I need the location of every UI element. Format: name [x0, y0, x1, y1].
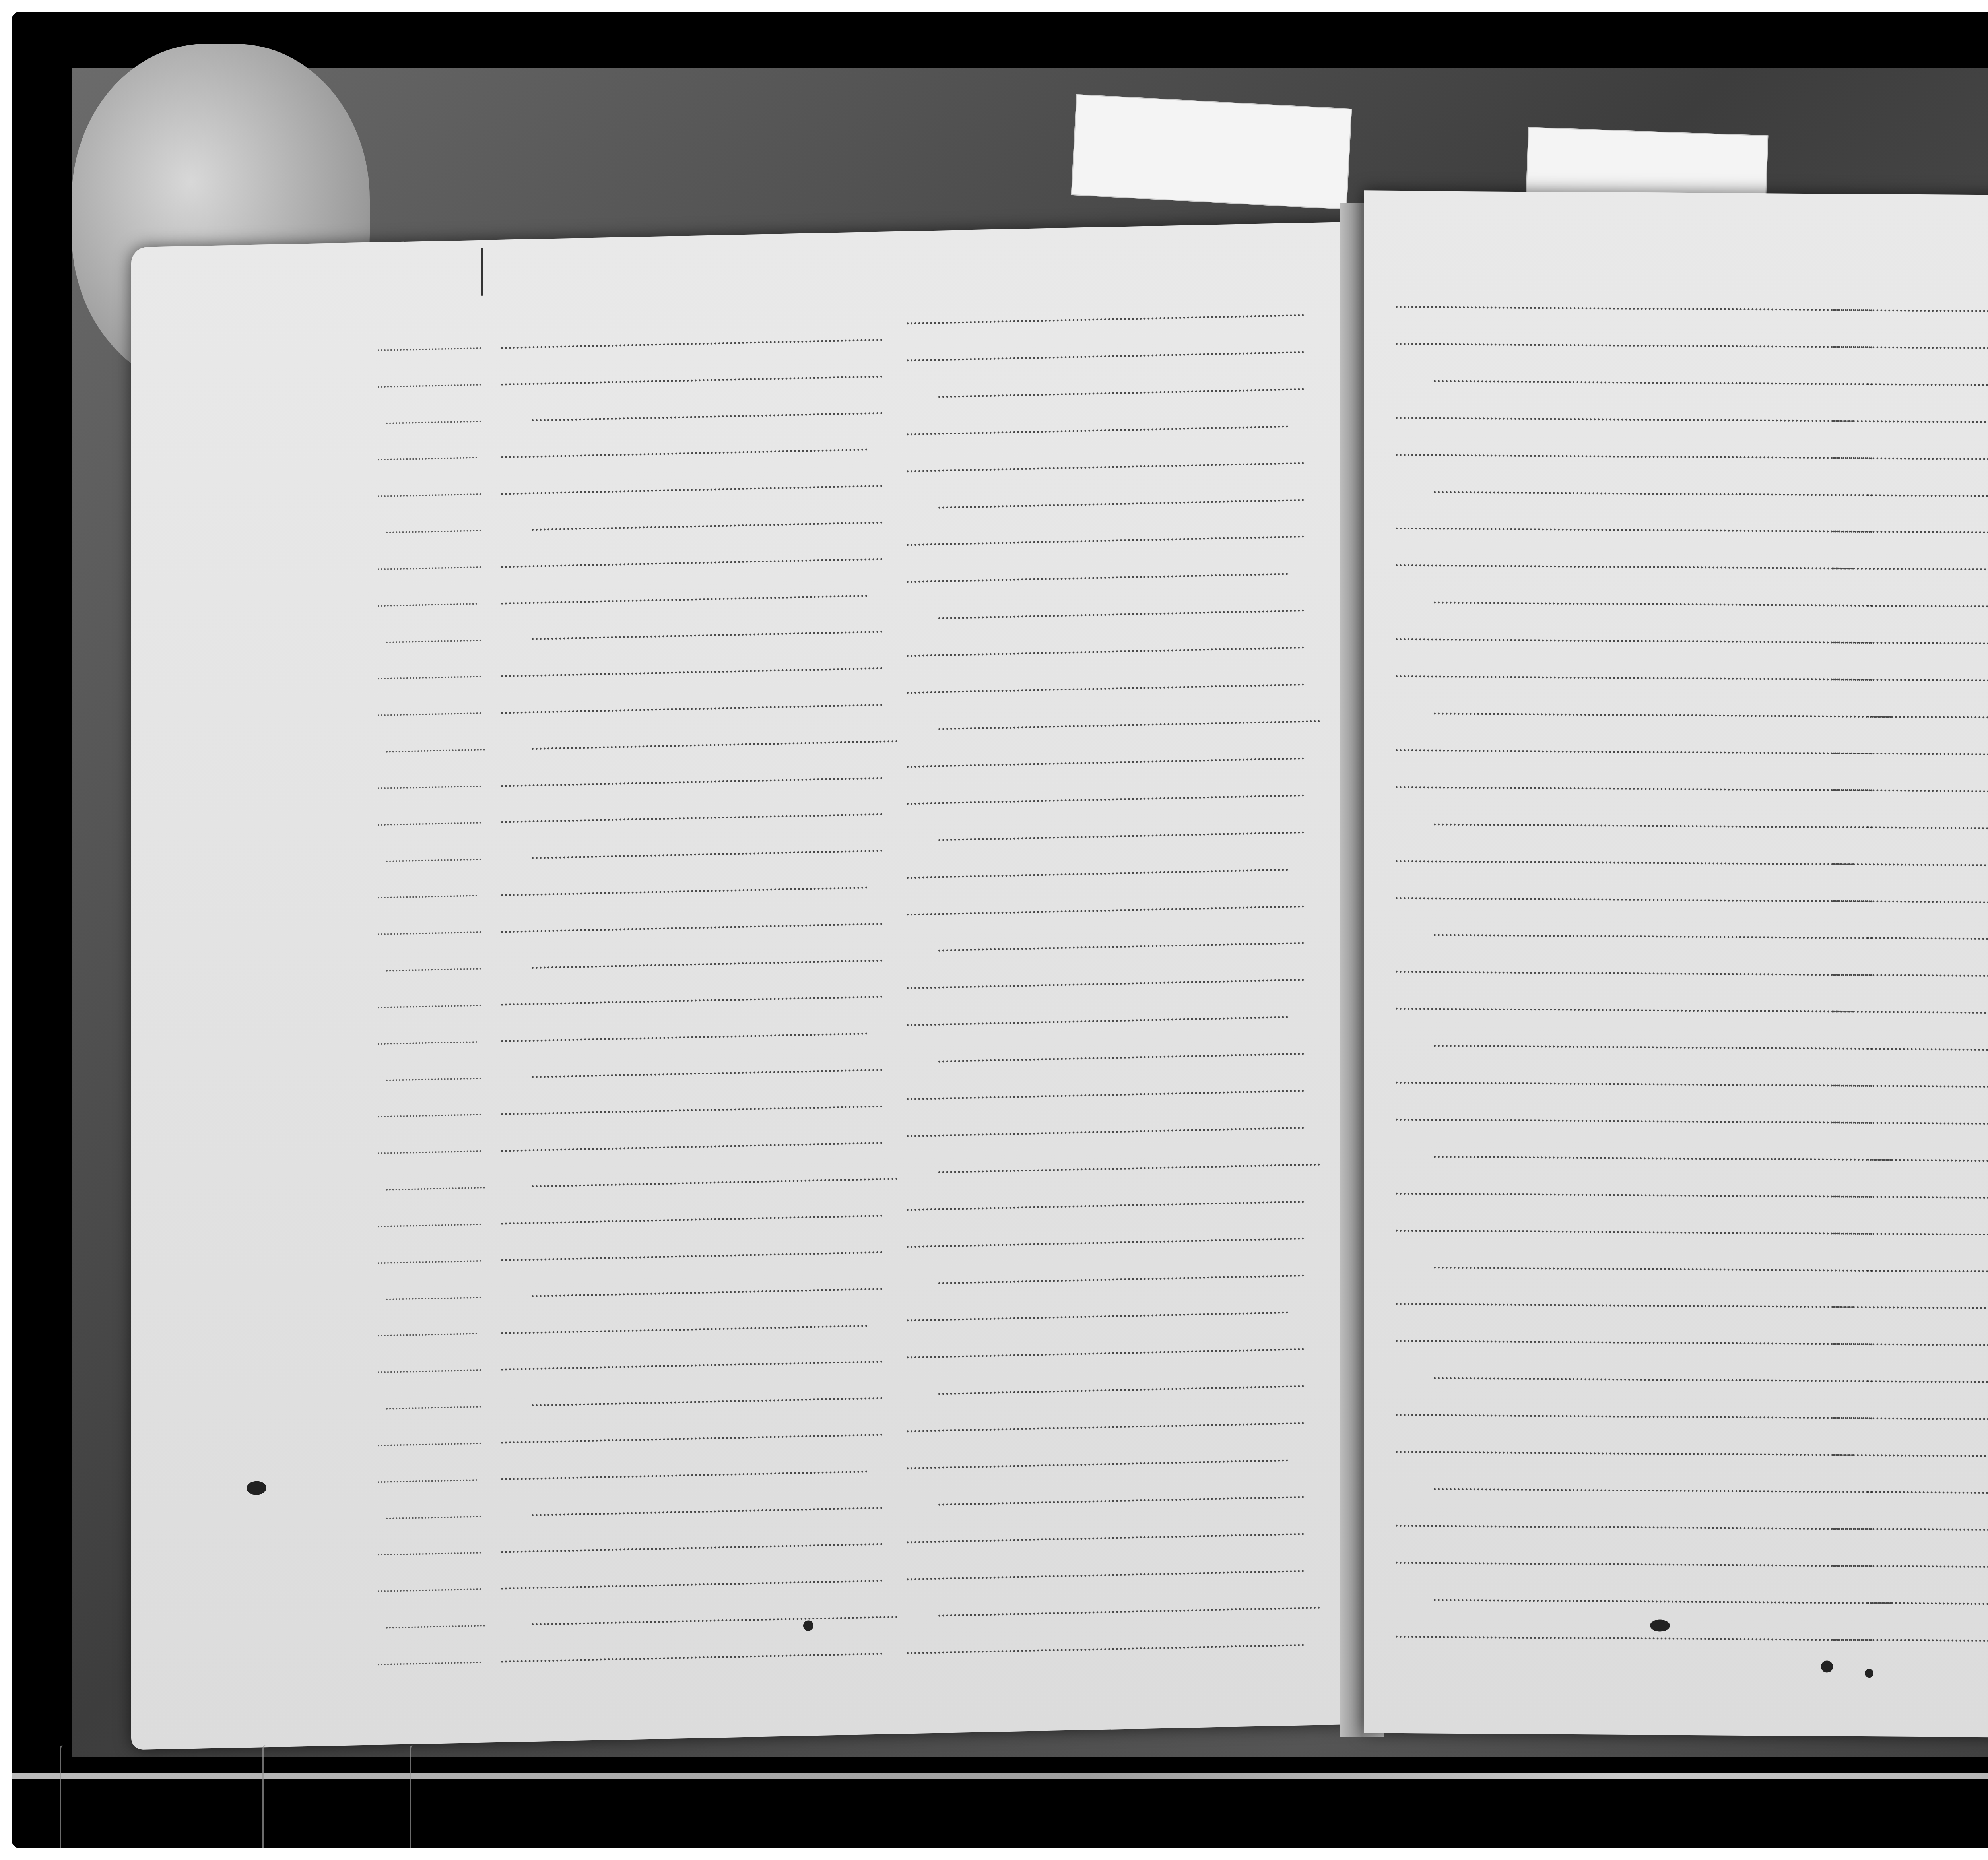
script-line — [1396, 1291, 1854, 1308]
script-line — [1833, 1442, 1988, 1459]
script-line — [1396, 1217, 1873, 1234]
script-line — [1396, 737, 1873, 754]
script-line — [378, 1577, 481, 1592]
script-line — [532, 1276, 883, 1297]
script-line — [386, 956, 481, 972]
script-line — [378, 336, 481, 351]
script-line — [532, 619, 883, 640]
script-line — [532, 838, 883, 859]
script-line — [1396, 1623, 1873, 1641]
script-line — [907, 302, 1304, 324]
script-line — [1833, 1183, 1988, 1201]
script-line — [378, 810, 481, 826]
script-line — [1396, 1402, 1873, 1419]
left-page-column-a — [501, 327, 883, 1663]
script-line — [1833, 1294, 1988, 1311]
script-line — [378, 919, 481, 935]
script-line — [378, 1321, 477, 1336]
script-line — [1867, 482, 1988, 499]
script-line — [532, 1495, 883, 1516]
script-line — [532, 728, 898, 750]
script-line — [1867, 1479, 1988, 1496]
script-line — [938, 1373, 1304, 1395]
script-line — [938, 708, 1320, 730]
script-line — [501, 765, 883, 787]
film-curl — [262, 1745, 266, 1848]
script-line — [1396, 553, 1854, 570]
script-line — [386, 1613, 485, 1629]
script-line — [386, 1503, 481, 1519]
script-line — [1434, 368, 1873, 385]
script-line — [501, 1459, 868, 1480]
right-page-column-a — [1396, 294, 1873, 1641]
script-line — [1867, 1590, 1988, 1607]
paper-slip — [1071, 94, 1352, 209]
right-page-column-b — [1833, 297, 1988, 1644]
script-line — [1833, 851, 1988, 868]
script-line — [1396, 774, 1873, 791]
ink-spot — [1650, 1619, 1670, 1631]
script-line — [938, 1484, 1304, 1505]
script-line — [907, 1115, 1304, 1137]
script-line — [386, 1394, 481, 1410]
script-line — [1833, 667, 1988, 684]
script-line — [1396, 1070, 1873, 1087]
script-line — [907, 450, 1304, 472]
script-line — [501, 656, 883, 677]
script-line — [907, 672, 1304, 694]
script-line — [1434, 1587, 1892, 1604]
film-frame — [12, 12, 1988, 1848]
script-line — [386, 408, 481, 424]
script-line — [907, 635, 1304, 657]
script-line — [907, 1447, 1288, 1469]
script-line — [907, 1226, 1304, 1248]
script-line — [907, 1300, 1288, 1322]
script-line — [501, 1093, 883, 1115]
script-line — [1833, 334, 1988, 351]
script-line — [378, 700, 481, 716]
script-line — [938, 1263, 1304, 1284]
script-line — [501, 1531, 883, 1553]
script-line — [1867, 593, 1988, 609]
script-line — [378, 883, 477, 898]
script-line — [378, 591, 477, 607]
script-line — [501, 327, 883, 349]
script-line — [501, 1568, 883, 1590]
script-line — [501, 911, 883, 933]
script-line — [1833, 1331, 1988, 1348]
script-line — [1833, 777, 1988, 794]
script-line — [1434, 479, 1873, 496]
script-line — [1867, 815, 1988, 831]
right-page — [1364, 190, 1988, 1742]
script-line — [378, 481, 481, 497]
script-line — [378, 1212, 481, 1227]
film-curl — [410, 1745, 414, 1848]
script-line — [1434, 811, 1873, 828]
script-line — [386, 1175, 485, 1191]
script-line — [1396, 331, 1873, 348]
script-line — [532, 1166, 898, 1187]
script-line — [501, 1313, 868, 1334]
script-line — [938, 930, 1304, 952]
script-line — [378, 445, 477, 461]
script-line — [938, 1041, 1304, 1063]
script-line — [532, 1385, 883, 1407]
script-line — [1396, 1550, 1873, 1567]
left-page-column-b — [907, 302, 1304, 1654]
script-line — [907, 1336, 1304, 1359]
script-line — [1434, 1365, 1873, 1383]
script-line — [907, 893, 1304, 915]
script-line — [1833, 1627, 1988, 1644]
script-line — [501, 1641, 883, 1662]
script-line — [1833, 1073, 1988, 1090]
script-line — [938, 1594, 1320, 1616]
script-line — [1867, 371, 1988, 388]
script-line — [1396, 663, 1873, 681]
script-line — [386, 1065, 481, 1081]
script-line — [1833, 1553, 1988, 1570]
script-line — [1396, 848, 1854, 865]
script-line — [378, 1431, 481, 1446]
script-line — [532, 1604, 898, 1625]
script-line — [1396, 1181, 1873, 1198]
script-line — [1396, 516, 1873, 533]
film-curl — [60, 1745, 64, 1848]
script-line — [907, 524, 1304, 546]
script-line — [1833, 888, 1988, 905]
script-line — [1396, 959, 1873, 976]
script-line — [907, 745, 1304, 768]
script-line — [386, 1284, 481, 1300]
script-line — [386, 518, 481, 533]
script-line — [501, 363, 883, 385]
script-line — [532, 1057, 883, 1078]
ink-spot — [247, 1481, 266, 1495]
script-line — [938, 376, 1304, 398]
script-line — [907, 1189, 1304, 1211]
script-line — [1434, 922, 1873, 939]
script-line — [501, 692, 883, 714]
script-line — [907, 782, 1304, 805]
script-line — [1833, 962, 1988, 979]
left-page-margin-column — [378, 336, 481, 1665]
script-line — [938, 1151, 1320, 1173]
folio-mark — [481, 248, 483, 296]
script-line — [378, 1102, 481, 1117]
script-line — [907, 413, 1288, 435]
script-line — [907, 1521, 1304, 1543]
script-line — [1867, 1258, 1988, 1274]
script-line — [386, 737, 485, 753]
script-line — [938, 819, 1304, 841]
script-line — [1833, 556, 1988, 572]
script-line — [1396, 442, 1873, 459]
script-line — [378, 993, 481, 1008]
script-line — [1867, 925, 1988, 942]
script-line — [1434, 1144, 1892, 1161]
script-line — [1434, 590, 1873, 607]
script-line — [1833, 1220, 1988, 1237]
script-line — [532, 400, 883, 421]
script-line — [501, 1203, 883, 1225]
script-line — [1833, 297, 1988, 314]
script-line — [1833, 740, 1988, 757]
script-line — [907, 1410, 1304, 1433]
script-line — [1434, 700, 1892, 718]
script-line — [1396, 294, 1873, 311]
script-line — [501, 984, 883, 1006]
ink-spot — [1821, 1660, 1833, 1672]
script-line — [1833, 445, 1988, 462]
script-line — [501, 546, 883, 568]
film-edge-stripe — [12, 1773, 1988, 1779]
script-line — [386, 627, 481, 643]
script-line — [907, 1558, 1304, 1580]
script-line — [501, 1239, 883, 1261]
script-line — [907, 967, 1304, 989]
script-line — [1396, 1328, 1873, 1345]
script-line — [501, 875, 868, 896]
script-line — [1434, 1476, 1873, 1493]
script-line — [532, 510, 883, 531]
script-line — [1396, 885, 1873, 902]
script-line — [1833, 1109, 1988, 1127]
script-line — [1396, 626, 1873, 644]
script-line — [501, 583, 868, 604]
script-line — [1396, 1513, 1873, 1530]
script-line — [1833, 999, 1988, 1016]
script-line — [501, 437, 868, 458]
script-line — [938, 598, 1304, 619]
script-line — [1833, 630, 1988, 647]
script-line — [1434, 1255, 1873, 1272]
script-line — [378, 1248, 481, 1264]
script-line — [532, 947, 883, 969]
script-line — [378, 1650, 481, 1665]
script-line — [907, 339, 1304, 361]
script-line — [386, 846, 481, 862]
script-line — [501, 1021, 868, 1042]
script-line — [1867, 704, 1988, 720]
script-line — [907, 857, 1288, 879]
script-line — [907, 1632, 1304, 1654]
script-line — [501, 1349, 883, 1371]
script-line — [378, 774, 481, 789]
script-line — [1396, 1107, 1873, 1124]
script-line — [938, 487, 1304, 508]
script-line — [501, 1422, 883, 1444]
script-line — [1833, 1516, 1988, 1533]
script-line — [1833, 1405, 1988, 1422]
script-line — [1867, 1036, 1988, 1053]
script-line — [378, 1138, 481, 1154]
ink-spot — [1865, 1669, 1873, 1678]
script-line — [1867, 1368, 1988, 1385]
script-line — [1833, 519, 1988, 536]
script-line — [1434, 1033, 1873, 1050]
script-line — [1396, 405, 1854, 422]
script-line — [907, 1005, 1288, 1026]
script-line — [1867, 1147, 1988, 1164]
script-line — [378, 1029, 477, 1045]
script-line — [501, 473, 883, 495]
script-line — [907, 561, 1288, 583]
script-line — [378, 664, 481, 679]
script-line — [907, 1078, 1304, 1100]
script-line — [378, 1540, 481, 1555]
script-line — [501, 1130, 883, 1152]
script-line — [1396, 996, 1854, 1013]
script-line — [1396, 1439, 1854, 1456]
script-line — [378, 1358, 481, 1373]
script-line — [378, 555, 481, 570]
script-line — [1833, 408, 1988, 425]
script-line — [378, 372, 481, 388]
left-page — [131, 222, 1356, 1750]
script-line — [378, 1467, 477, 1483]
script-line — [501, 801, 883, 823]
